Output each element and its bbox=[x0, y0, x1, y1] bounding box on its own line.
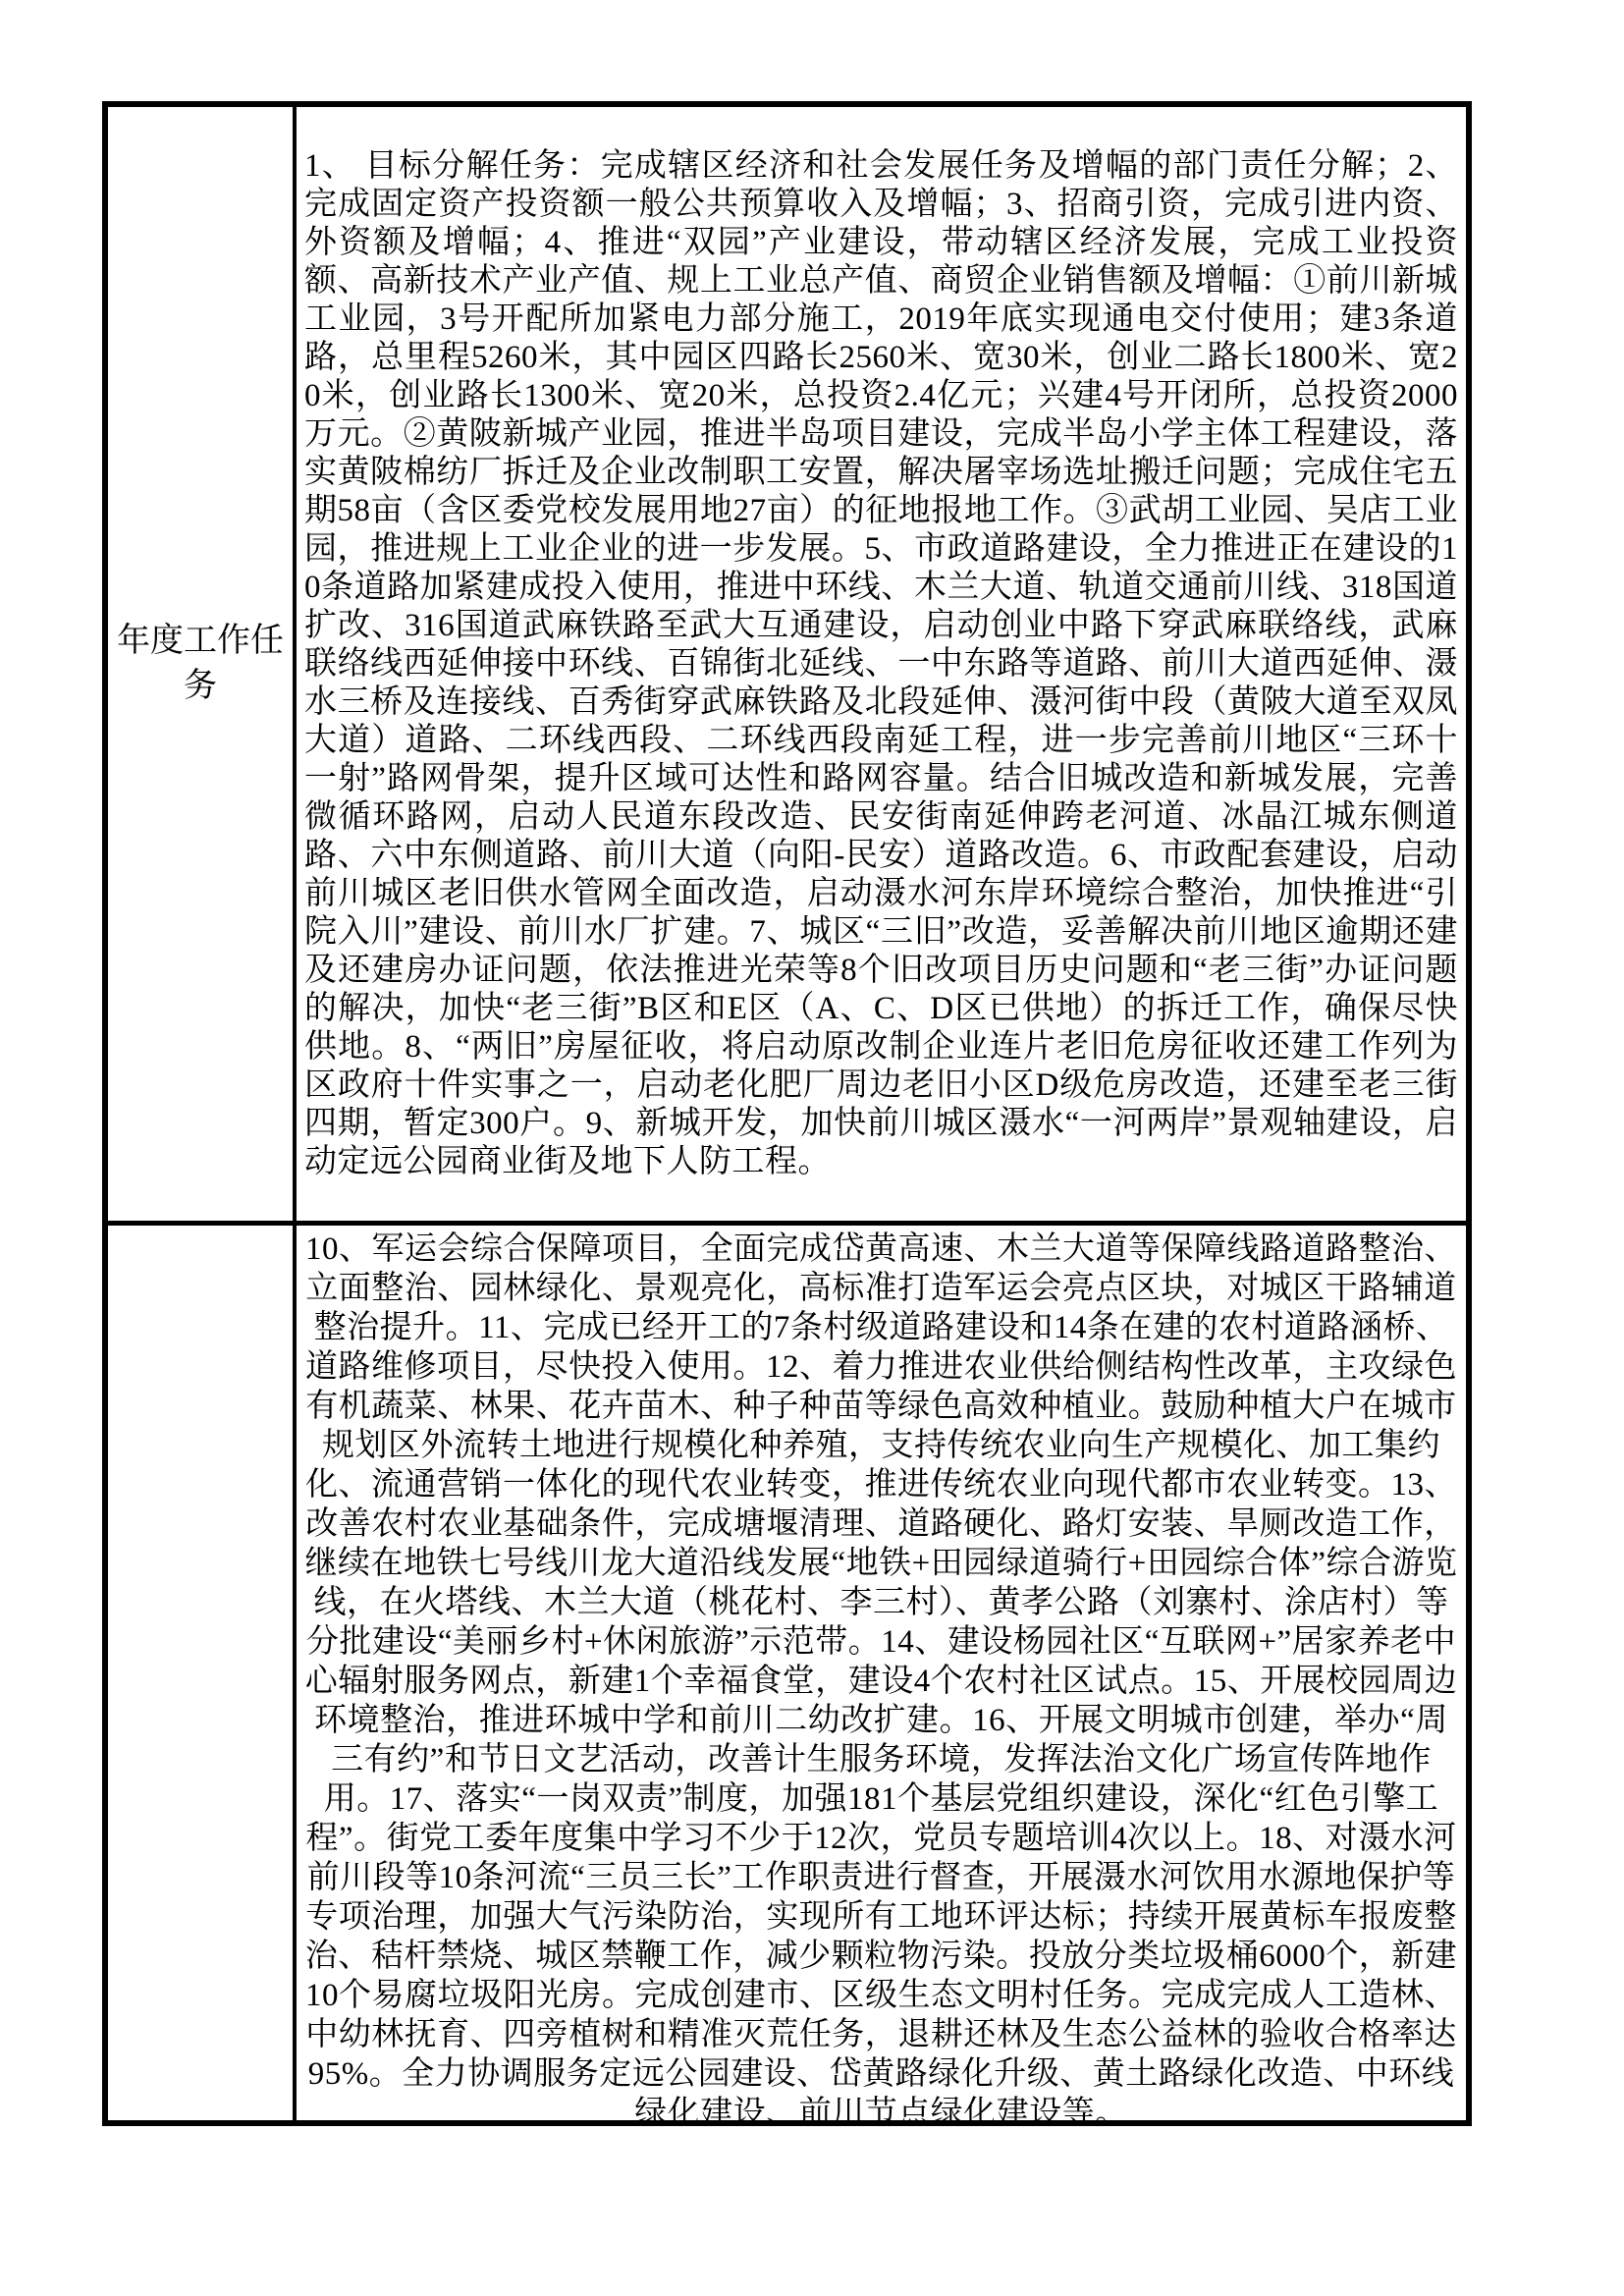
document-page: 年度工作任务 1、 目标分解任务：完成辖区经济和社会发展任务及增幅的部门责任分解… bbox=[0, 0, 1624, 2296]
annual-tasks-part2-text: 10、军运会综合保障项目，全面完成岱黄高速、木兰大道等保障线路道路整治、立面整治… bbox=[304, 1230, 1458, 2120]
annual-work-tasks-label: 年度工作任务 bbox=[108, 619, 293, 709]
annual-work-tasks-table: 年度工作任务 1、 目标分解任务：完成辖区经济和社会发展任务及增幅的部门责任分解… bbox=[102, 101, 1472, 2126]
row1-content-cell: 1、 目标分解任务：完成辖区经济和社会发展任务及增幅的部门责任分解；2、完成固定… bbox=[297, 107, 1466, 1226]
annual-tasks-part1-text: 1、 目标分解任务：完成辖区经济和社会发展任务及增幅的部门责任分解；2、完成固定… bbox=[304, 147, 1458, 1181]
row2-label-cell bbox=[108, 1226, 297, 2120]
row2-content-cell: 10、军运会综合保障项目，全面完成岱黄高速、木兰大道等保障线路道路整治、立面整治… bbox=[297, 1226, 1466, 2120]
row1-label-cell: 年度工作任务 bbox=[108, 107, 297, 1226]
